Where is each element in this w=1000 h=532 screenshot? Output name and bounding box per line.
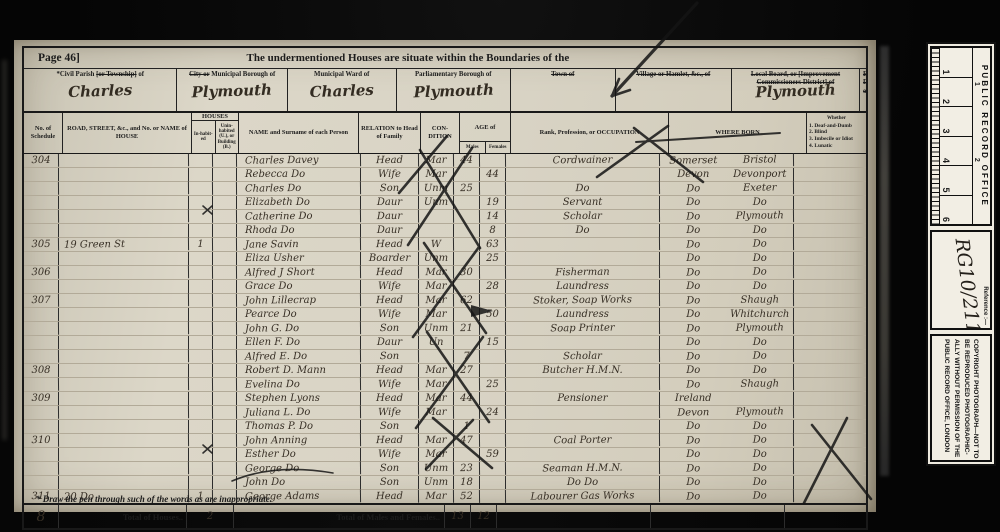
cell-occupation — [506, 252, 660, 265]
born-place: Exeter — [726, 183, 793, 194]
schedule-count-value: 8 — [24, 505, 59, 528]
born-place: Do — [726, 491, 793, 502]
cell-age-female — [480, 154, 506, 167]
cell-age-female — [480, 364, 506, 377]
cell-houses-uninhabited — [213, 476, 237, 489]
cell-schedule-number — [24, 462, 59, 475]
scanned-census-page: Page 46] The undermentioned Houses are s… — [0, 0, 1000, 532]
born-place: Do — [727, 282, 794, 292]
table-row: 307 John Lillecrap Head Mar 62 Stoker, S… — [24, 294, 866, 308]
cell-houses-inhabited — [189, 252, 213, 265]
cell-person-name: Alfred E. Do — [237, 349, 361, 364]
cell-age-female: 25 — [480, 378, 506, 391]
table-row: Elizabeth Do Daur Unm 19 Servant DoDo — [24, 196, 866, 210]
totals-blank-cell — [651, 505, 785, 528]
cell-condition: Unm — [419, 322, 454, 335]
born-county: Do — [660, 296, 727, 307]
cell-relation: Daur — [361, 196, 419, 209]
cell-where-born: DoDo — [660, 237, 794, 252]
cell-relation: Head — [361, 238, 419, 252]
cell-where-born: DoDo — [660, 252, 794, 265]
born-place: Shaugh — [726, 295, 793, 306]
cell-disability — [794, 434, 866, 447]
born-county: Do — [660, 436, 727, 447]
cell-houses-uninhabited — [213, 196, 237, 209]
cell-age-female: 14 — [480, 210, 506, 223]
cell-houses-uninhabited — [213, 224, 237, 237]
pro-stamp-inner: PUBLIC RECORD OFFICE 1 2 1 2 3 4 5 6 Ref… — [926, 42, 996, 466]
cell-schedule-number — [24, 322, 59, 335]
ruler-number: 1 — [940, 48, 972, 78]
cell-schedule-number — [24, 336, 59, 349]
cell-houses-inhabited — [189, 336, 213, 349]
cell-age-female: 63 — [480, 238, 506, 251]
cell-where-born: DoPlymouth — [660, 209, 794, 224]
cell-person-name: John Lillecrap — [237, 293, 361, 308]
cell-age-male — [454, 336, 480, 349]
label-text: of — [137, 71, 144, 78]
cell-where-born: SomersetBristol — [660, 153, 794, 168]
ruler-inch-scale: 1 2 3 4 5 6 — [939, 48, 973, 224]
cell-condition: Mar — [419, 378, 454, 391]
scan-streak — [2, 60, 7, 440]
cell-age-female: 59 — [480, 448, 506, 461]
cell-occupation — [506, 336, 660, 349]
disability-item: 1. Deaf-and-Dumb — [809, 123, 864, 130]
cell-condition: W — [419, 238, 454, 251]
cell-where-born: DoDo — [660, 420, 794, 433]
cell-schedule-number — [24, 280, 59, 293]
cell-houses-inhabited — [189, 266, 213, 279]
town-cell: Town of — [511, 69, 616, 111]
cell-disability — [794, 294, 866, 307]
cell-houses-inhabited — [189, 378, 213, 391]
cell-age-female: 44 — [480, 168, 506, 181]
cell-road-street — [59, 224, 189, 237]
cell-occupation: Cordwainer — [506, 153, 660, 168]
cell-occupation: Soap Printer — [506, 321, 660, 336]
col-name-header: NAME and Surname of each Person — [239, 113, 359, 153]
totals-blank-cell — [497, 505, 651, 528]
cell-where-born: DevonDevonport — [660, 168, 794, 181]
cell-road-street: 19 Green St — [59, 237, 189, 252]
label-text: *Civil Parish — [56, 71, 96, 78]
cell-schedule-number: 305 — [24, 238, 59, 251]
column-header-row: No. of Schedule ROAD, STREET, &c., and N… — [24, 113, 866, 154]
form-caption: The undermentioned Houses are situate wi… — [80, 52, 866, 64]
cell-road-street — [59, 476, 189, 489]
cell-houses-uninhabited — [213, 182, 237, 195]
cell-where-born: DoShaugh — [660, 377, 794, 392]
cell-road-street — [59, 280, 189, 293]
cell-condition: Mar — [419, 280, 454, 293]
cell-person-name: Charles Davey — [237, 153, 361, 168]
cell-disability — [794, 350, 866, 363]
table-row: 305 19 Green St 1 Jane Savin Head W 63 D… — [24, 238, 866, 252]
handwritten-value: Plymouth — [177, 80, 287, 103]
born-place: Shaugh — [726, 379, 793, 390]
cell-road-street — [59, 405, 189, 420]
cell-occupation: Do — [506, 224, 660, 237]
cell-person-name: Ellen F. Do — [237, 336, 361, 349]
cell-disability — [794, 336, 866, 349]
cell-person-name: Juliana L. Do — [237, 405, 361, 420]
born-place: Do — [727, 254, 794, 264]
cell-houses-uninhabited — [213, 420, 237, 433]
total-females-value: 12 — [471, 505, 497, 528]
cell-where-born: DoDo — [660, 476, 794, 489]
cell-occupation: Fisherman — [506, 265, 660, 280]
page-number: Page 46] — [38, 52, 80, 64]
cell-age-male: 23 — [454, 462, 480, 475]
cell-person-name: Pearce Do — [237, 308, 361, 321]
cell-person-name: John Do — [237, 476, 361, 489]
cell-houses-inhabited — [189, 364, 213, 377]
cell-road-street — [59, 420, 189, 433]
born-county: Somerset — [660, 156, 727, 167]
col-condition-header: CON-DITION — [421, 113, 460, 153]
born-place: Whitchurch — [727, 310, 794, 320]
born-place — [727, 394, 794, 404]
cell-disability — [794, 154, 866, 167]
ruler-number: 3 — [940, 107, 972, 137]
handwritten-value — [511, 80, 615, 84]
cell-disability — [794, 168, 866, 181]
district-header: *Civil Parish [or Township] of Charles C… — [24, 69, 866, 113]
cell-condition — [419, 224, 454, 237]
col-schedule-header: No. of Schedule — [24, 113, 63, 153]
cell-person-name: Stephen Lyons — [237, 392, 361, 405]
cell-person-name: Catherine Do — [237, 209, 361, 224]
cell-occupation: Scholar — [506, 349, 660, 364]
cell-where-born: DoDo — [660, 336, 794, 349]
struck-text: [or Township] — [96, 71, 137, 78]
cell-where-born: DoDo — [660, 461, 794, 476]
cell-age-female — [480, 434, 506, 447]
born-place: Do — [726, 267, 793, 278]
table-row: 308 Robert D. Mann Head Mar 27 Butcher H… — [24, 364, 866, 378]
table-row: Pearce Do Wife Mar 50 Laundress DoWhitch… — [24, 308, 866, 322]
cell-disability — [794, 266, 866, 279]
cell-houses-inhabited — [189, 182, 213, 195]
cell-condition — [419, 210, 454, 223]
cell-houses-inhabited — [189, 210, 213, 223]
cell-road-street — [59, 461, 189, 476]
table-row: John G. Do Son Unm 21 Soap Printer DoPly… — [24, 322, 866, 336]
cell-occupation — [506, 377, 660, 392]
struck-text: Village or Hamlet, &c., of — [636, 71, 710, 78]
census-rows: 304 Charles Davey Head Mar 44 Cordwainer… — [24, 154, 866, 503]
cell-schedule-number: 310 — [24, 434, 59, 447]
cell-condition: Mar — [419, 448, 454, 461]
cell-houses-inhabited — [189, 196, 213, 209]
handwritten-value: Plymouth — [732, 80, 859, 103]
cell-age-male: 62 — [454, 294, 480, 307]
cell-relation: Son — [361, 182, 419, 196]
born-county: Do — [660, 324, 727, 335]
cell-schedule-number — [24, 224, 59, 237]
pro-copyright: COPYRIGHT PHOTOGRAPH—NOT TO BE REPRODUCE… — [930, 334, 992, 462]
label-text: Municipal Ward of — [314, 71, 369, 78]
cell-condition: Mar — [419, 154, 454, 167]
born-county: Do — [660, 282, 727, 292]
cell-houses-uninhabited — [213, 378, 237, 391]
cell-houses-inhabited — [189, 350, 213, 363]
cell-relation: Son — [361, 476, 419, 489]
ecclesiastical-district-cell: Ecclesiastical District of — [860, 69, 866, 111]
born-place: Do — [726, 351, 793, 362]
cell-condition: Unm — [419, 196, 454, 209]
born-county: Do — [660, 478, 727, 488]
cell-occupation — [506, 420, 660, 433]
ruler-small-scale: 1 2 — [974, 48, 980, 224]
cell-condition: Unm — [419, 252, 454, 265]
cell-schedule-number: 304 — [24, 154, 59, 167]
cell-age-female — [480, 322, 506, 335]
cell-houses-uninhabited — [213, 238, 237, 251]
cell-road-street — [59, 209, 189, 224]
cell-where-born: DoDo — [660, 280, 794, 293]
cell-condition: Un — [419, 336, 454, 349]
cell-schedule-number — [24, 196, 59, 209]
pro-stamp: PUBLIC RECORD OFFICE 1 2 1 2 3 4 5 6 Ref… — [926, 42, 996, 466]
cell-occupation: Do Do — [506, 476, 660, 489]
cell-condition — [419, 420, 454, 433]
cell-age-female: 50 — [480, 308, 506, 321]
cell-relation: Head — [361, 294, 419, 308]
table-row: Rebecca Do Wife Mar 44 DevonDevonport — [24, 168, 866, 182]
ruler-number-small: 2 — [974, 158, 981, 162]
cell-relation: Wife — [361, 448, 419, 461]
total-houses-value: 2 — [187, 505, 234, 528]
cell-age-male: 44 — [454, 392, 480, 405]
cell-age-female — [480, 420, 506, 433]
born-place: Plymouth — [726, 211, 793, 222]
cell-road-street — [59, 293, 189, 308]
born-place: Do — [726, 435, 793, 446]
cell-disability — [794, 252, 866, 265]
cell-relation: Head — [361, 364, 419, 377]
cell-age-male — [454, 238, 480, 251]
cell-person-name: Rebecca Do — [237, 168, 361, 181]
table-row: Charles Do Son Unm 25 Do DoExeter — [24, 182, 866, 196]
cell-age-female: 15 — [480, 336, 506, 349]
cell-where-born: Ireland — [660, 392, 794, 405]
cell-age-female — [480, 462, 506, 475]
cell-schedule-number: 308 — [24, 364, 59, 377]
cell-schedule-number — [24, 448, 59, 461]
cell-road-street — [59, 448, 189, 461]
cell-houses-inhabited — [189, 308, 213, 321]
cell-where-born: DoPlymouth — [660, 321, 794, 336]
caption-row: Page 46] The undermentioned Houses are s… — [24, 48, 866, 69]
copyright-line: ALLY WITHOUT PERMISSION OF THE — [951, 339, 961, 457]
born-place: Do — [727, 422, 794, 432]
ruler-number: 6 — [940, 196, 972, 225]
label-text: Parliamentary Borough of — [415, 71, 492, 78]
cell-where-born: DoDo — [660, 349, 794, 364]
civil-parish-cell: *Civil Parish [or Township] of Charles — [24, 69, 177, 111]
cell-houses-inhabited — [189, 448, 213, 461]
cell-road-street — [59, 364, 189, 377]
disability-item: 2. Blind — [809, 129, 864, 136]
cell-age-male: 27 — [454, 364, 480, 377]
form-footnote: * Draw the pen through such of the words… — [36, 494, 272, 504]
cell-houses-inhabited — [189, 434, 213, 447]
born-county: Do — [660, 240, 727, 251]
cell-disability — [794, 420, 866, 433]
disability-item: 4. Lunatic — [809, 143, 864, 150]
cell-age-female — [480, 476, 506, 489]
born-county: Do — [660, 450, 727, 460]
copyright-line: PUBLIC RECORD OFFICE, LONDON — [942, 339, 952, 457]
table-row: Evelina Do Wife Mar 25 DoShaugh — [24, 378, 866, 392]
cell-where-born: DoDo — [660, 433, 794, 448]
municipal-borough-cell: City or Municipal Borough of Plymouth — [177, 69, 288, 111]
houses-title: HOUSES — [192, 113, 238, 121]
cell-person-name: John Anning — [237, 433, 361, 448]
cell-condition: Unm — [419, 476, 454, 489]
table-row: Grace Do Wife Mar 28 Laundress DoDo — [24, 280, 866, 294]
cell-person-name: Rhoda Do — [237, 224, 361, 237]
cell-relation: Boarder — [361, 252, 419, 265]
cell-where-born: DoDo — [660, 224, 794, 237]
cell-disability — [794, 238, 866, 251]
born-place: Do — [727, 198, 794, 208]
cell-schedule-number — [24, 420, 59, 433]
cell-condition: Mar — [419, 294, 454, 307]
cell-houses-inhabited — [189, 280, 213, 293]
cell-age-male: 47 — [454, 434, 480, 447]
table-row: Thomas P. Do Son 1 DoDo — [24, 420, 866, 434]
cell-houses-uninhabited — [213, 392, 237, 405]
born-county: Do — [660, 338, 727, 348]
cell-condition: Mar — [419, 490, 454, 503]
cell-condition: Mar — [419, 406, 454, 419]
cell-houses-inhabited — [189, 420, 213, 433]
handwritten-value: Charles — [24, 79, 177, 103]
table-row: Alfred E. Do Son 7 Scholar DoDo — [24, 350, 866, 364]
cell-occupation — [506, 168, 660, 181]
cell-disability — [794, 224, 866, 237]
cell-person-name: Robert D. Mann — [237, 364, 361, 377]
cell-schedule-number — [24, 476, 59, 489]
born-place: Devonport — [727, 170, 794, 180]
cell-disability — [794, 322, 866, 335]
born-place: Do — [727, 450, 794, 460]
cell-road-street — [59, 265, 189, 280]
total-males-value: 13 — [445, 505, 471, 528]
cell-person-name: Charles Do — [237, 181, 361, 196]
table-row: Juliana L. Do Wife Mar 24 DevonPlymouth — [24, 406, 866, 420]
born-place: Do — [726, 239, 793, 250]
col-age-header: AGE of Males Females — [460, 113, 511, 153]
born-county: Do — [660, 422, 727, 432]
cell-schedule-number — [24, 182, 59, 195]
cell-where-born: DevonPlymouth — [660, 405, 794, 420]
born-place: Bristol — [726, 155, 793, 166]
cell-houses-uninhabited — [213, 448, 237, 461]
reference-number: RG10/2114 — [951, 237, 984, 329]
cell-disability — [794, 210, 866, 223]
cell-where-born: DoDo — [660, 364, 794, 377]
total-males-females-label: Total of Males and Females.. — [234, 505, 445, 528]
cell-road-street — [59, 153, 189, 168]
col-relation-header: RELATION to Head of Family — [359, 113, 421, 153]
born-county: Do — [660, 310, 727, 320]
cell-road-street — [59, 433, 189, 448]
cell-where-born: DoShaugh — [660, 293, 794, 308]
ruler-number: 4 — [940, 137, 972, 167]
col-uninhabited-header: Unin-habited (U.), or Building (B.) — [216, 121, 239, 153]
struck-text: Town of — [551, 71, 574, 78]
born-place: Do — [727, 338, 794, 348]
cell-schedule-number — [24, 308, 59, 321]
age-title: AGE of — [460, 113, 510, 141]
cell-age-female — [480, 350, 506, 363]
cell-age-male: 52 — [454, 490, 480, 503]
table-row: George Do Son Unm 23 Seaman H.M.N. DoDo — [24, 462, 866, 476]
handwritten-value — [616, 80, 731, 84]
cell-houses-uninhabited — [213, 434, 237, 447]
born-county: Ireland — [660, 394, 727, 404]
cell-age-male: 21 — [454, 322, 480, 335]
cell-occupation: Seaman H.M.N. — [506, 461, 660, 476]
cell-road-street — [59, 392, 189, 405]
cell-road-street — [59, 252, 189, 265]
col-males-header: Males — [460, 142, 486, 153]
born-place: Do — [727, 478, 794, 488]
born-county: Do — [660, 492, 727, 503]
born-county: Do — [660, 212, 727, 223]
cell-relation: Wife — [361, 280, 419, 293]
cell-relation: Wife — [361, 406, 419, 420]
paper-sheet: Page 46] The undermentioned Houses are s… — [14, 40, 876, 512]
cell-age-male — [454, 378, 480, 391]
col-houses-header: HOUSES In-habit-ed Unin-habited (U.), or… — [192, 113, 239, 153]
born-county: Do — [660, 380, 727, 391]
cell-schedule-number: 309 — [24, 392, 59, 405]
col-road-header: ROAD, STREET, &c., and No. or NAME of HO… — [63, 113, 192, 153]
col-disability-header: Whether 1. Deaf-and-Dumb 2. Blind 3. Imb… — [807, 113, 866, 153]
cell-relation: Son — [361, 462, 419, 476]
cell-occupation — [506, 237, 660, 252]
municipal-ward-cell: Municipal Ward of Charles — [288, 69, 397, 111]
cell-age-male — [454, 210, 480, 223]
cell-schedule-number — [24, 252, 59, 265]
cell-condition — [419, 350, 454, 363]
label-text: Municipal Borough of — [210, 71, 276, 78]
table-row: 309 Stephen Lyons Head Mar 44 Pensioner … — [24, 392, 866, 406]
cell-relation: Son — [361, 322, 419, 336]
cell-houses-inhabited — [189, 224, 213, 237]
cell-houses-inhabited — [189, 462, 213, 475]
born-place: Do — [727, 366, 794, 376]
cell-person-name: Grace Do — [237, 280, 361, 293]
cell-occupation: Scholar — [506, 209, 660, 224]
ruler-tick-marks — [932, 48, 939, 224]
ruler-number: 5 — [940, 166, 972, 196]
born-place: Do — [726, 463, 793, 474]
cell-age-female — [480, 182, 506, 195]
cell-age-female: 19 — [480, 196, 506, 209]
pro-ruler: PUBLIC RECORD OFFICE 1 2 1 2 3 4 5 6 — [930, 46, 992, 226]
cell-road-street — [59, 168, 189, 181]
cell-occupation: Coal Porter — [506, 433, 660, 448]
cell-relation: Head — [361, 392, 419, 405]
cell-age-female: 24 — [480, 406, 506, 419]
struck-text: Ecclesiastical District of — [863, 71, 866, 95]
